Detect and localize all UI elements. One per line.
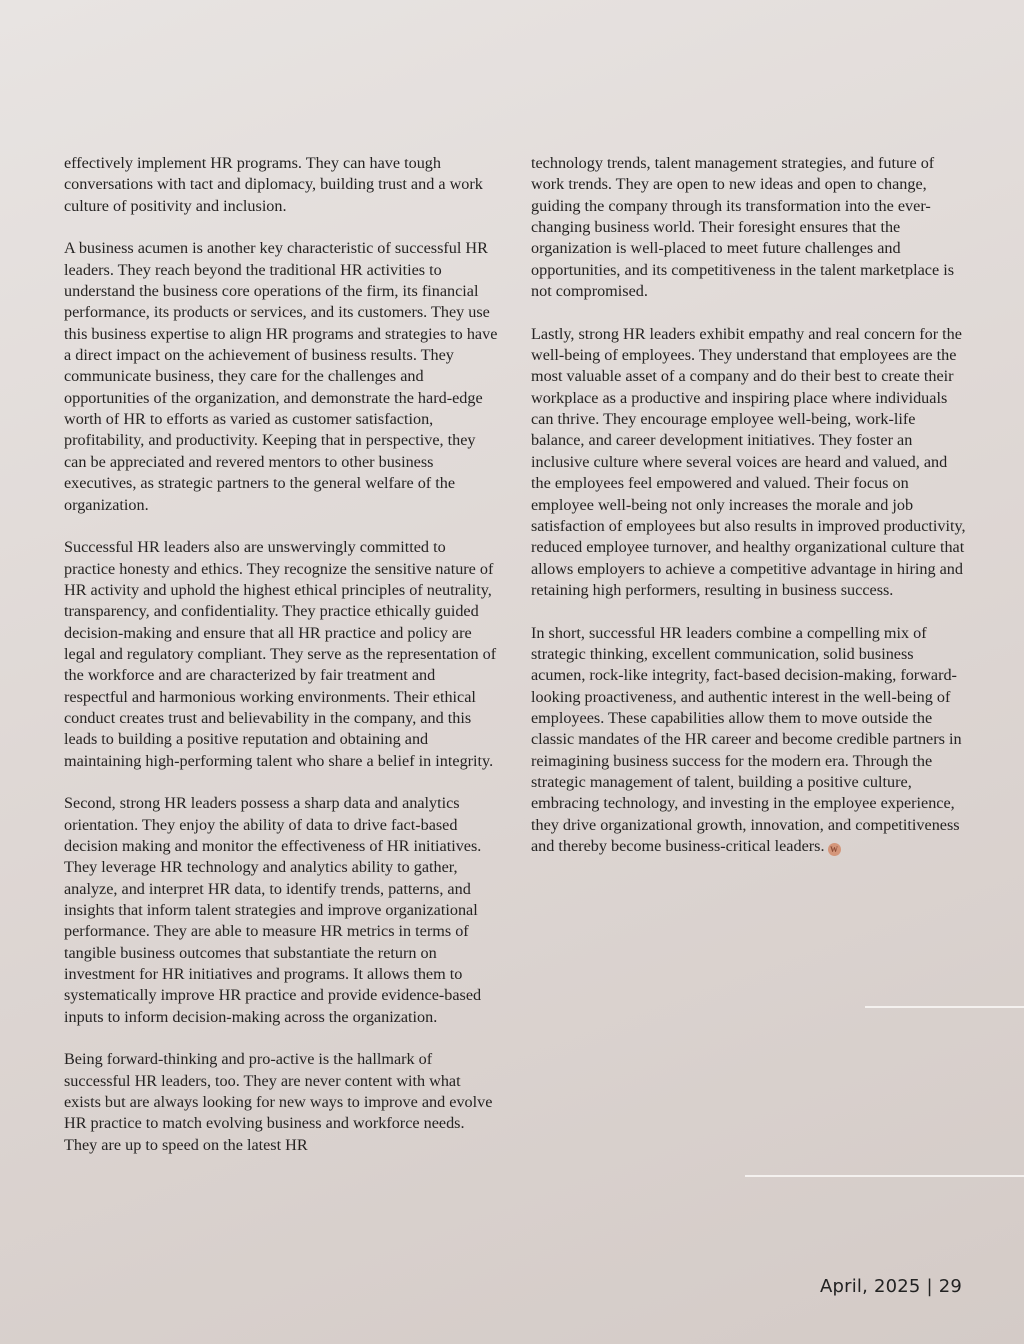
article-column-left: effectively implement HR programs. They …	[64, 153, 500, 1178]
paragraph-final-text: In short, successful HR leaders combine …	[531, 624, 962, 855]
decorative-rule-upper	[865, 1006, 1024, 1008]
article-column-right: technology trends, talent management str…	[531, 153, 967, 879]
paragraph: effectively implement HR programs. They …	[64, 153, 500, 217]
paragraph: Second, strong HR leaders possess a shar…	[64, 793, 500, 1028]
paragraph: Lastly, strong HR leaders exhibit empath…	[531, 324, 967, 601]
footer-issue-date: April, 2025	[820, 1276, 921, 1297]
paragraph: technology trends, talent management str…	[531, 153, 967, 302]
page-footer: April, 2025 | 29	[820, 1276, 962, 1297]
footer-separator: |	[927, 1276, 933, 1297]
paragraph: Being forward-thinking and pro-active is…	[64, 1049, 500, 1156]
paragraph: Successful HR leaders also are unswervin…	[64, 537, 500, 772]
end-of-article-logo-icon: W	[828, 843, 841, 856]
paragraph: A business acumen is another key charact…	[64, 238, 500, 515]
decorative-rule-lower	[745, 1175, 1024, 1177]
paragraph-final: In short, successful HR leaders combine …	[531, 623, 967, 858]
page-number: 29	[939, 1276, 962, 1297]
